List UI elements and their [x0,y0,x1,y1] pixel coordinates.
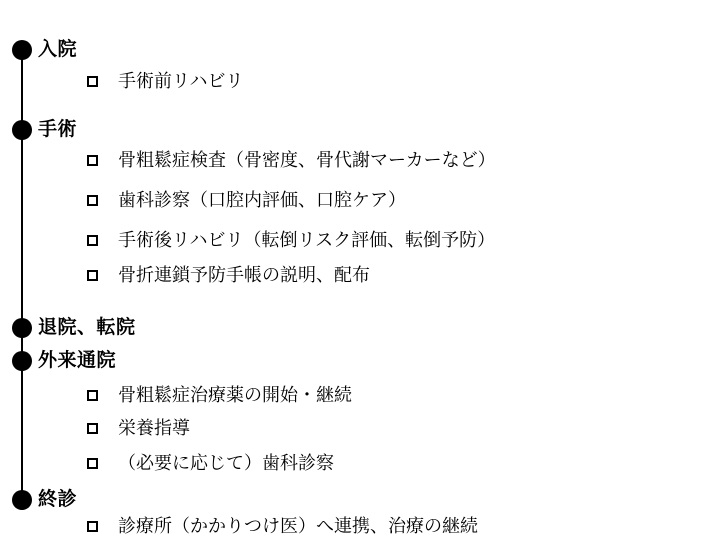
filled-circle-icon [12,490,32,510]
pathway-item-label: 骨粗鬆症検査（骨密度、骨代謝マーカーなど） [118,149,496,171]
hollow-square-icon [87,195,98,206]
pathway-item: 骨粗鬆症治療薬の開始・継続 [87,384,352,406]
hollow-square-icon [87,458,98,469]
filled-circle-icon [12,351,32,371]
phase-label: 退院、転院 [38,317,136,339]
phase-discharge-transfer: 退院、転院 [12,317,136,339]
hollow-square-icon [87,235,98,246]
care-pathway-diagram: 入院 手術前リハビリ 手術 骨粗鬆症検査（骨密度、骨代謝マーカーなど） 歯科診察… [0,0,720,540]
hollow-square-icon [87,76,98,87]
pathway-item: 骨折連鎖予防手帳の説明、配布 [87,264,370,286]
pathway-item: （必要に応じて）歯科診察 [87,452,334,474]
phase-admission: 入院 [12,39,77,61]
hollow-square-icon [87,390,98,401]
phase-surgery: 手術 [12,119,77,141]
hollow-square-icon [87,155,98,166]
pathway-item-label: 歯科診察（口腔内評価、口腔ケア） [118,189,406,211]
pathway-item-label: 栄養指導 [118,417,190,439]
phase-final-visit: 終診 [12,489,77,511]
filled-circle-icon [12,40,32,60]
pathway-item-label: （必要に応じて）歯科診察 [118,452,334,474]
phase-label: 手術 [38,119,77,141]
pathway-item: 骨粗鬆症検査（骨密度、骨代謝マーカーなど） [87,149,496,171]
pathway-item: 栄養指導 [87,417,190,439]
pathway-item: 手術前リハビリ [87,70,243,92]
phase-outpatient: 外来通院 [12,350,116,372]
pathway-item-label: 手術前リハビリ [118,70,243,92]
pathway-item-label: 診療所（かかりつけ医）へ連携、治療の継続 [118,515,478,537]
hollow-square-icon [87,521,98,532]
hollow-square-icon [87,423,98,434]
phase-label: 入院 [38,39,77,61]
pathway-item: 診療所（かかりつけ医）へ連携、治療の継続 [87,515,478,537]
pathway-item: 歯科診察（口腔内評価、口腔ケア） [87,189,406,211]
hollow-square-icon [87,270,98,281]
pathway-item-label: 手術後リハビリ（転倒リスク評価、転倒予防） [118,229,495,251]
timeline-line [21,50,23,500]
filled-circle-icon [12,120,32,140]
pathway-item-label: 骨折連鎖予防手帳の説明、配布 [118,264,370,286]
phase-label: 終診 [38,489,77,511]
filled-circle-icon [12,318,32,338]
phase-label: 外来通院 [38,350,116,372]
pathway-item-label: 骨粗鬆症治療薬の開始・継続 [118,384,352,406]
pathway-item: 手術後リハビリ（転倒リスク評価、転倒予防） [87,229,495,251]
